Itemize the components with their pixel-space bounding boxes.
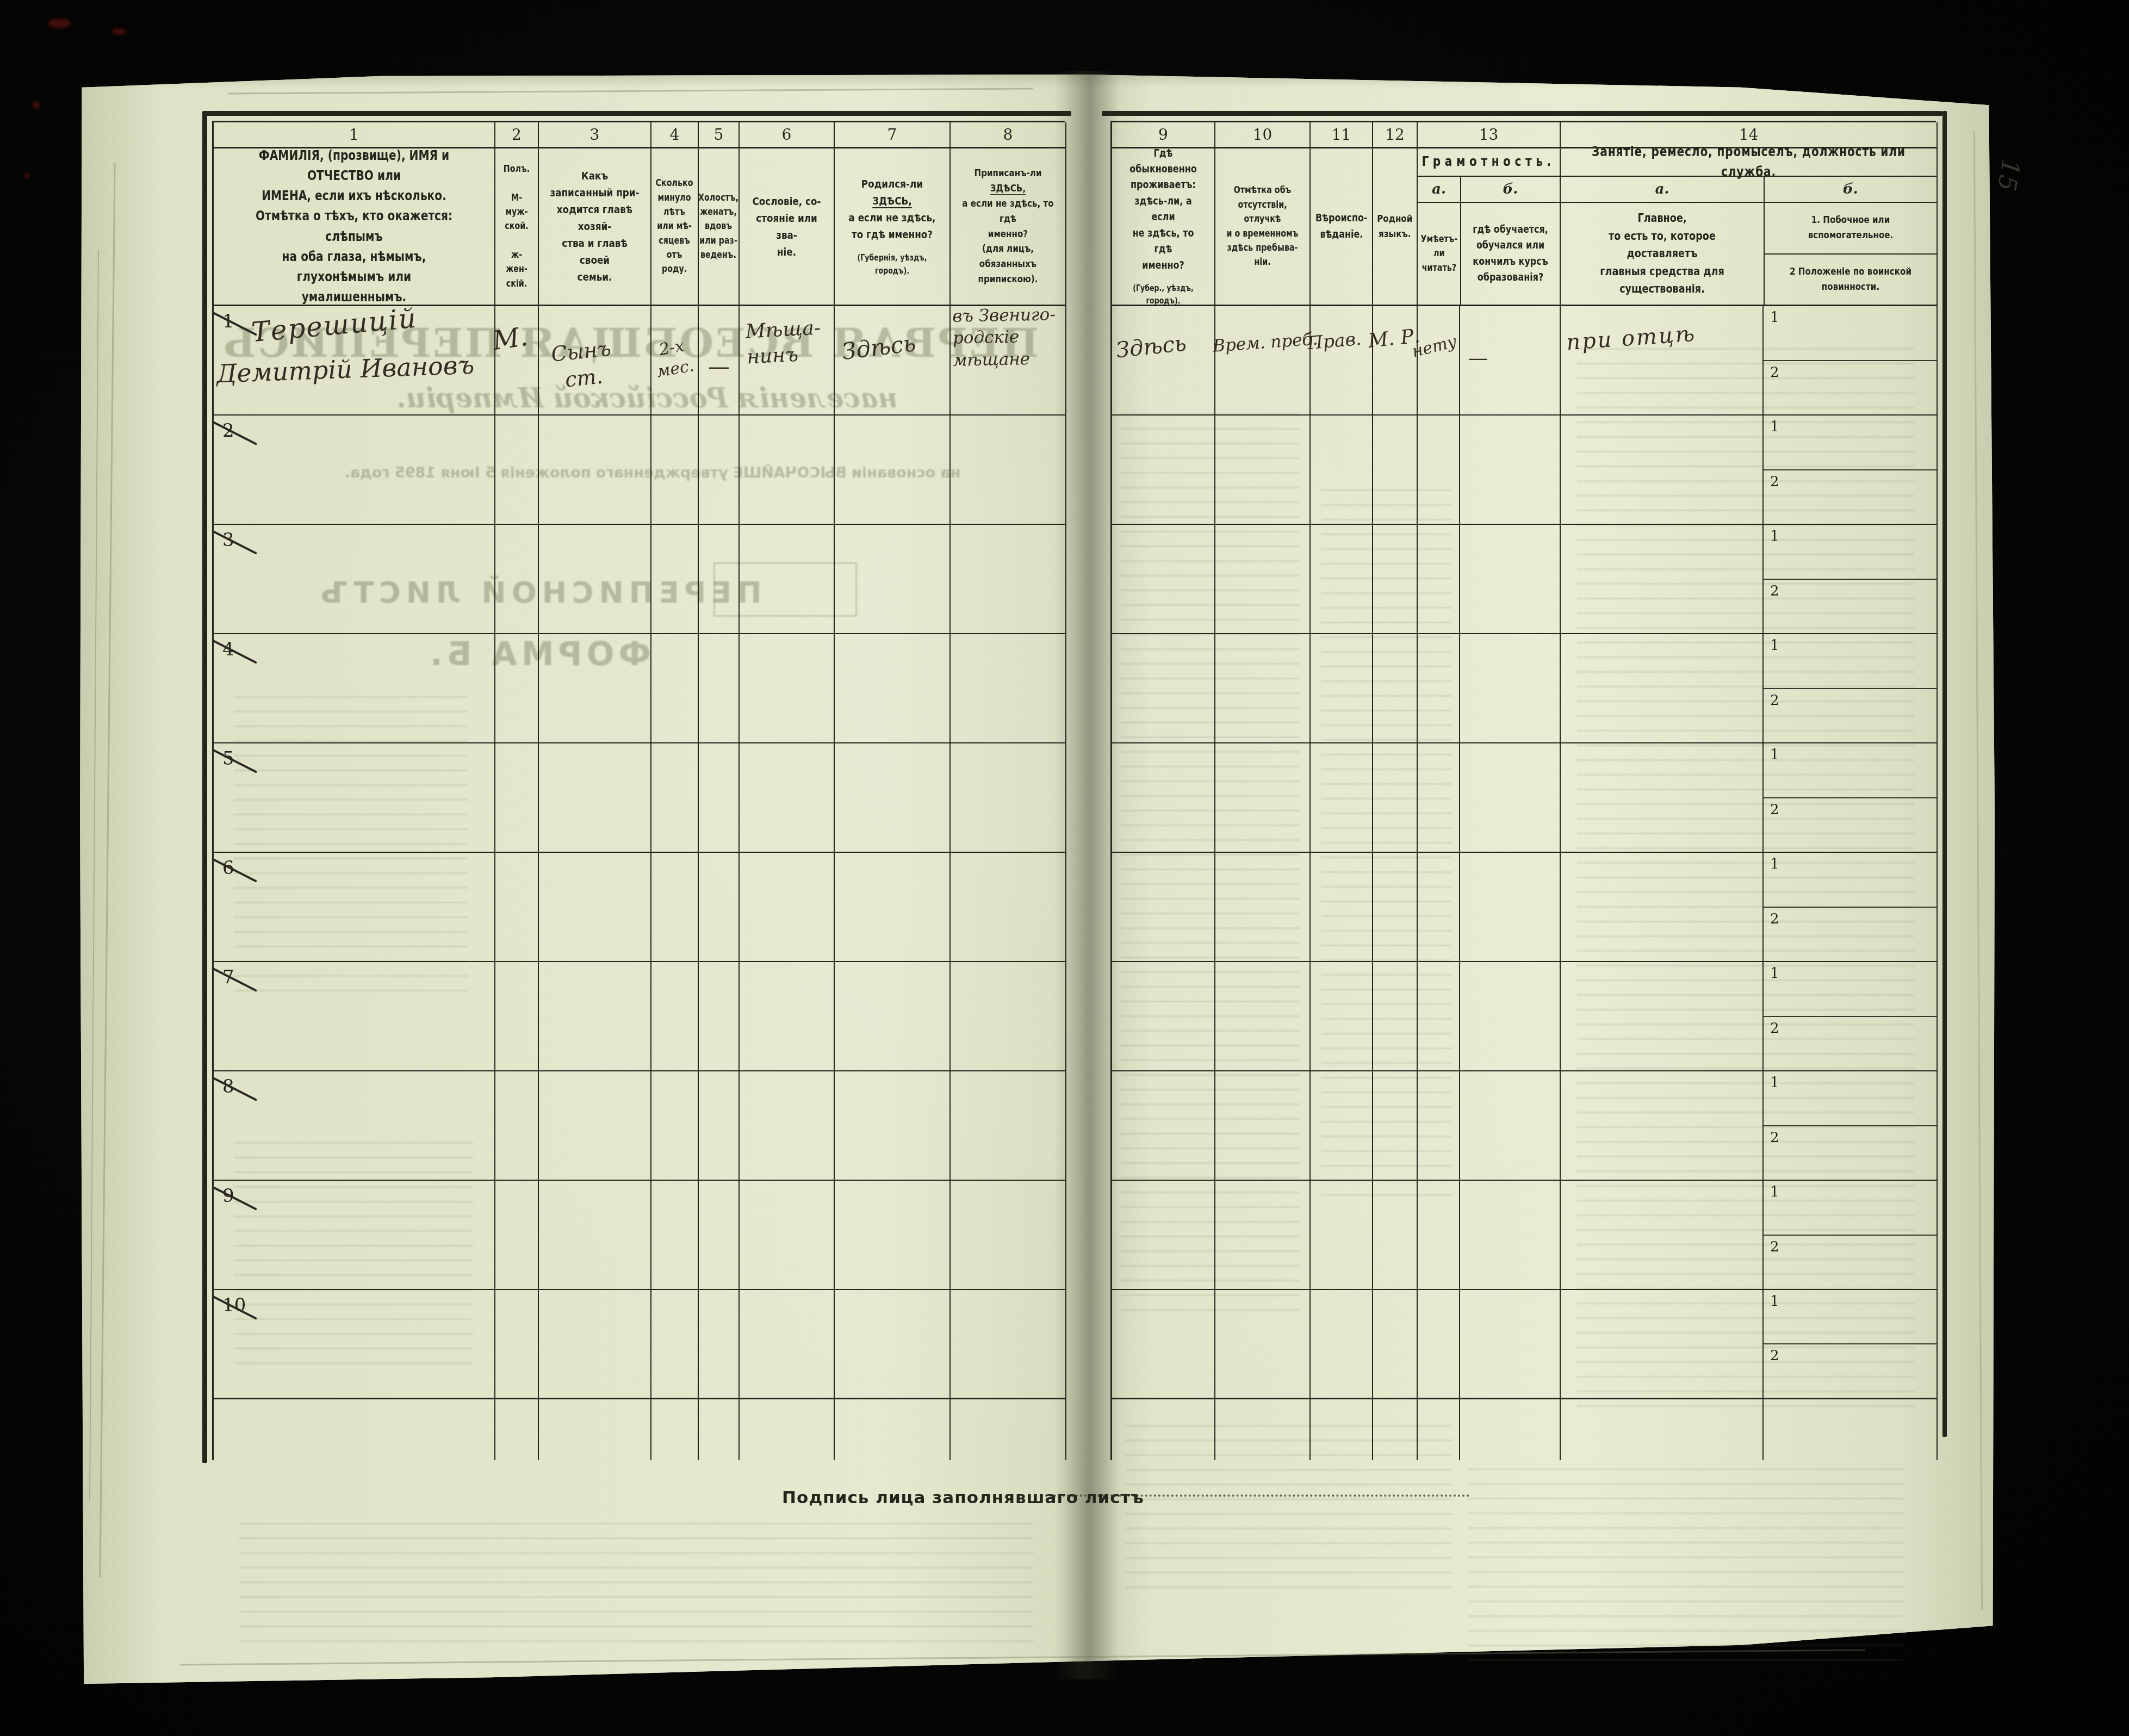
heavy-rule-right: [1942, 111, 1947, 1437]
row-number-cell: 10: [214, 1290, 495, 1399]
empty-cell: [740, 853, 835, 962]
red-speck: [48, 18, 71, 28]
empty-cell: [1311, 306, 1373, 416]
empty-cell: [1460, 962, 1561, 1071]
column-header-relation: Какъ записанный при- ходится главѣ хозяй…: [539, 148, 651, 306]
rule-overshoot: [951, 1399, 1066, 1460]
column-header-marital: Холостъ, женатъ, вдовъ или раз- веденъ.: [699, 148, 740, 306]
empty-cell: [1215, 525, 1311, 634]
row-number-cell: 4: [214, 634, 495, 743]
empty-cell: [539, 853, 651, 962]
col-number-13: 13: [1418, 122, 1561, 148]
empty-cell: [1418, 743, 1460, 853]
subrow-2: 2: [1764, 580, 1936, 634]
empty-cell: [1418, 1290, 1460, 1399]
occupation-subrow-cell: 12: [1764, 1181, 1938, 1290]
subrow-2: 2: [1764, 1017, 1936, 1071]
empty-cell: [1215, 306, 1311, 416]
empty-cell: [740, 1071, 835, 1181]
empty-cell: [1561, 525, 1764, 634]
literacy-sublabels: а. б.: [1418, 177, 1560, 203]
handwriting-estate: Мѣща- нинъ: [745, 315, 823, 370]
occupation-subrow-cell: 12: [1764, 634, 1938, 743]
empty-cell: [495, 853, 539, 962]
col-number-11: 11: [1311, 122, 1373, 148]
occupation-subrow-cell: 12: [1764, 1071, 1938, 1181]
strike-mark: [212, 1076, 257, 1101]
occupation-subrow-cell: 12: [1764, 416, 1938, 525]
empty-cell: [1373, 306, 1418, 416]
handwriting-page-number: 15: [1990, 157, 2027, 193]
empty-cell: [1418, 306, 1460, 416]
empty-cell: [835, 525, 951, 634]
empty-cell: [1311, 853, 1373, 962]
empty-cell: [1373, 634, 1418, 743]
rule-overshoot: [214, 1399, 495, 1460]
subrow-2: 2: [1764, 689, 1936, 743]
empty-cell: [740, 1290, 835, 1399]
empty-cell: [1112, 525, 1215, 634]
heavy-rule-top: [1102, 111, 1942, 116]
subrow-2: 2: [1764, 1344, 1936, 1398]
empty-cell: [740, 1181, 835, 1290]
empty-cell: [495, 1071, 539, 1181]
occupation-subrow-cell: 12: [1764, 853, 1938, 962]
header-line: Родился-ли ЗДѢСЬ,: [846, 176, 939, 209]
occupation-subrow-cell: 12: [1764, 306, 1938, 416]
empty-cell: [1311, 1071, 1373, 1181]
col-number-6: 6: [740, 122, 835, 148]
handwriting-education: —: [1468, 346, 1488, 371]
column-header-language: Родной языкъ.: [1373, 148, 1418, 306]
empty-cell: [651, 962, 699, 1071]
empty-cell: [1112, 1181, 1215, 1290]
rule-overshoot: [1764, 1399, 1938, 1460]
occupation-title: Занятіе, ремесло, промыселъ, должность и…: [1561, 148, 1936, 177]
strike-mark: [212, 639, 257, 664]
subrow-1: 1: [1764, 743, 1936, 798]
empty-cell: [651, 853, 699, 962]
strike-mark: [212, 858, 257, 882]
empty-cell: [699, 1181, 740, 1290]
strike-mark: [212, 1186, 257, 1210]
empty-cell: [1460, 525, 1561, 634]
literacy-b-text: гдѣ обучается, обучался или кончилъ курс…: [1461, 203, 1560, 305]
empty-cell: [951, 1181, 1066, 1290]
empty-cell: [1215, 416, 1311, 525]
subrow-1: 1: [1764, 1290, 1936, 1344]
col-number-2: 2: [495, 122, 539, 148]
empty-cell: [699, 1071, 740, 1181]
handwriting-relation: Сынъ ст.: [550, 336, 615, 395]
occupation-b2-text: 2 Положеніе по воинской повинности.: [1765, 255, 1936, 305]
empty-cell: [835, 962, 951, 1071]
empty-cell: [539, 1290, 651, 1399]
occupation-b1-text: 1. Побочное или вспомогательное.: [1765, 203, 1936, 255]
strike-mark: [212, 530, 257, 554]
ghost-paragraph: [1468, 1468, 1903, 1664]
column-header-absence: Отмѣтка объ отсутствіи, отлучкѣ и о врем…: [1215, 148, 1311, 306]
empty-cell: [651, 743, 699, 853]
empty-cell: [1561, 1181, 1764, 1290]
empty-cell: [699, 634, 740, 743]
empty-cell: [835, 1181, 951, 1290]
empty-cell: [1373, 962, 1418, 1071]
empty-cell: [1373, 416, 1418, 525]
handwriting-religion: Прав.: [1306, 327, 1362, 355]
empty-cell: [740, 525, 835, 634]
empty-cell: [699, 962, 740, 1071]
red-speck: [112, 28, 126, 35]
signature-dotted-line: [1041, 1495, 1469, 1497]
empty-cell: [539, 634, 651, 743]
rule-overshoot: [1561, 1399, 1764, 1460]
census-form-photo: ПЕРВАЯ ВСЕОБЩАЯ ПЕРЕПИСЬ населенія Россі…: [0, 0, 2129, 1736]
rule-overshoot: [1215, 1399, 1311, 1460]
empty-cell: [1215, 1071, 1311, 1181]
column-header-birthplace: Родился-ли ЗДѢСЬ, а если не здѣсь, то гд…: [835, 148, 951, 306]
empty-cell: [1561, 853, 1764, 962]
empty-cell: [951, 525, 1066, 634]
rule-overshoot: [835, 1399, 951, 1460]
right-page-table: 9 10 11 12 13 14 Гдѣ обыкновенно прожива…: [1110, 121, 1936, 1460]
empty-cell: [951, 853, 1066, 962]
subrow-2: 2: [1764, 908, 1936, 962]
column-header-name: ФАМИЛІЯ, (прозвище), ИМЯ и ОТЧЕСТВО или …: [214, 148, 495, 306]
empty-cell: [1311, 1290, 1373, 1399]
red-speck: [33, 101, 40, 109]
col-number-10: 10: [1215, 122, 1311, 148]
col-number-7: 7: [835, 122, 951, 148]
empty-cell: [1311, 962, 1373, 1071]
empty-cell: [1561, 416, 1764, 525]
occupation-subrow-cell: 12: [1764, 743, 1938, 853]
col-number-12: 12: [1373, 122, 1418, 148]
empty-cell: [951, 743, 1066, 853]
empty-cell: [1215, 634, 1311, 743]
empty-cell: [699, 525, 740, 634]
empty-cell: [1418, 525, 1460, 634]
empty-cell: [1311, 525, 1373, 634]
empty-cell: [651, 1071, 699, 1181]
empty-cell: [951, 1290, 1066, 1399]
empty-cell: [1373, 853, 1418, 962]
empty-cell: [740, 743, 835, 853]
empty-cell: [699, 1290, 740, 1399]
occupation-b-texts: 1. Побочное или вспомогательное. 2 Полож…: [1765, 203, 1936, 305]
empty-cell: [1561, 1290, 1764, 1399]
empty-cell: [539, 1071, 651, 1181]
empty-cell: [835, 634, 951, 743]
subrow-2: 2: [1764, 470, 1936, 524]
empty-cell: [495, 743, 539, 853]
empty-cell: [1460, 1181, 1561, 1290]
rule-overshoot: [1311, 1399, 1373, 1460]
empty-cell: [835, 743, 951, 853]
empty-cell: [835, 853, 951, 962]
empty-cell: [651, 1181, 699, 1290]
empty-cell: [539, 743, 651, 853]
empty-cell: [1112, 853, 1215, 962]
row-number-cell: 3: [214, 525, 495, 634]
column-header-registration: Приписанъ-ли ЗДѢСЬ, а если не здѣсь, то …: [951, 148, 1066, 306]
subrow-1: 1: [1764, 306, 1936, 361]
empty-cell: [951, 1071, 1066, 1181]
empty-cell: [1460, 1071, 1561, 1181]
sublabel-a: а.: [1418, 177, 1461, 202]
column-header-literacy: Грамотность. а. б. Умѣетъ- ли читать? гд…: [1418, 148, 1561, 306]
empty-cell: [699, 416, 740, 525]
col-number-5: 5: [699, 122, 740, 148]
literacy-a-text: Умѣетъ- ли читать?: [1418, 203, 1461, 305]
empty-cell: [1418, 962, 1460, 1071]
empty-cell: [495, 962, 539, 1071]
strike-mark: [212, 420, 257, 445]
empty-cell: [495, 1290, 539, 1399]
empty-cell: [1418, 634, 1460, 743]
strike-mark: [212, 967, 257, 991]
empty-cell: [651, 634, 699, 743]
subrow-2: 2: [1764, 1236, 1936, 1289]
occupation-a-text: Главное, то есть то, которое доставляетъ…: [1561, 203, 1765, 305]
empty-cell: [651, 416, 699, 525]
subrow-1: 1: [1764, 525, 1936, 580]
signature-label: Подпись лица заполнявшаго листъ: [782, 1488, 1144, 1508]
literacy-title: Грамотность.: [1418, 148, 1560, 177]
rule-overshoot: [539, 1399, 651, 1460]
empty-cell: [1460, 416, 1561, 525]
empty-cell: [1112, 1290, 1215, 1399]
empty-cell: [1112, 634, 1215, 743]
red-speck: [24, 173, 29, 178]
empty-cell: [1561, 962, 1764, 1071]
rule-overshoot: [651, 1399, 699, 1460]
empty-cell: [740, 634, 835, 743]
column-header-sex: Полъ. М-муж- ской. ж-жен- скій.: [495, 148, 539, 306]
handwriting-age: 2-х мес.: [651, 334, 696, 383]
empty-cell: [1460, 743, 1561, 853]
rule-overshoot: [1112, 1399, 1215, 1460]
empty-cell: [951, 634, 1066, 743]
empty-cell: [951, 416, 1066, 525]
occupation-subrow-cell: 12: [1764, 962, 1938, 1071]
empty-cell: [951, 962, 1066, 1071]
rule-overshoot: [1460, 1399, 1561, 1460]
column-header-occupation: Занятіе, ремесло, промыселъ, должность и…: [1561, 148, 1938, 306]
empty-cell: [1373, 1181, 1418, 1290]
empty-cell: [495, 634, 539, 743]
rule-overshoot: [1373, 1399, 1418, 1460]
empty-cell: [1373, 1071, 1418, 1181]
empty-cell: [1112, 1071, 1215, 1181]
subrow-2: 2: [1764, 798, 1936, 852]
column-header-residence: Гдѣ обыкновенно проживаетъ: здѣсь-ли, а …: [1112, 148, 1215, 306]
empty-cell: [1418, 1071, 1460, 1181]
rule-overshoot: [495, 1399, 539, 1460]
handwriting-registration: въ Звениго- родскіе мѣщане: [952, 303, 1057, 371]
occupation-texts: Главное, то есть то, которое доставляетъ…: [1561, 203, 1936, 305]
empty-cell: [835, 416, 951, 525]
empty-cell: [699, 853, 740, 962]
subrow-1: 1: [1764, 1181, 1936, 1236]
ghost-paragraph: [239, 1523, 1033, 1653]
subrow-2: 2: [1764, 1126, 1936, 1180]
empty-cell: [740, 416, 835, 525]
empty-cell: [699, 743, 740, 853]
heavy-rule-left: [202, 111, 207, 1463]
heavy-rule-top: [203, 111, 1071, 116]
empty-cell: [1215, 1181, 1311, 1290]
row-number-cell: 2: [214, 416, 495, 525]
handwriting-sex: М.: [491, 320, 530, 358]
empty-cell: [1418, 853, 1460, 962]
col-number-3: 3: [539, 122, 651, 148]
empty-cell: [1215, 962, 1311, 1071]
empty-cell: [1418, 1181, 1460, 1290]
empty-cell: [1215, 1290, 1311, 1399]
empty-cell: [835, 1071, 951, 1181]
column-header-age: Сколько минуло лѣтъ или мѣ- сяцевъ отъ р…: [651, 148, 699, 306]
empty-cell: [495, 416, 539, 525]
empty-cell: [1460, 853, 1561, 962]
empty-cell: [1112, 962, 1215, 1071]
rule-overshoot: [740, 1399, 835, 1460]
col-number-9: 9: [1112, 122, 1215, 148]
subrow-1: 1: [1764, 634, 1936, 689]
empty-cell: [1112, 743, 1215, 853]
empty-cell: [651, 1290, 699, 1399]
sublabel-b: б.: [1461, 177, 1560, 202]
col-number-1: 1: [214, 122, 495, 148]
rule-overshoot: [699, 1399, 740, 1460]
subrow-2: 2: [1764, 361, 1936, 415]
empty-cell: [1373, 743, 1418, 853]
empty-cell: [1460, 1290, 1561, 1399]
column-header-religion: Вѣроиспо- вѣданіе.: [1311, 148, 1373, 306]
empty-cell: [495, 525, 539, 634]
empty-cell: [1561, 1071, 1764, 1181]
header-line: Приписанъ-ли ЗДѢСЬ,: [961, 166, 1054, 196]
empty-cell: [651, 525, 699, 634]
empty-cell: [1311, 743, 1373, 853]
empty-cell: [1311, 416, 1373, 525]
subrow-1: 1: [1764, 853, 1936, 908]
empty-cell: [539, 416, 651, 525]
empty-cell: [539, 1181, 651, 1290]
empty-cell: [1112, 416, 1215, 525]
strike-mark: [212, 748, 257, 773]
subrow-1: 1: [1764, 962, 1936, 1017]
row-number-cell: 7: [214, 962, 495, 1071]
literacy-texts: Умѣетъ- ли читать? гдѣ обучается, обучал…: [1418, 203, 1560, 305]
empty-cell: [1373, 1290, 1418, 1399]
subrow-1: 1: [1764, 416, 1936, 470]
column-header-estate: Сословіе, со- стояніе или зва- ніе.: [740, 148, 835, 306]
row-number-cell: 6: [214, 853, 495, 962]
empty-cell: [539, 525, 651, 634]
empty-cell: [1460, 634, 1561, 743]
empty-cell: [740, 962, 835, 1071]
row-number-cell: 5: [214, 743, 495, 853]
occupation-subrow-cell: 12: [1764, 525, 1938, 634]
empty-cell: [539, 962, 651, 1071]
col-number-4: 4: [651, 122, 699, 148]
empty-cell: [1311, 1181, 1373, 1290]
empty-cell: [1561, 634, 1764, 743]
empty-cell: [1373, 525, 1418, 634]
empty-cell: [1311, 634, 1373, 743]
empty-cell: [1418, 416, 1460, 525]
empty-cell: [835, 1290, 951, 1399]
occupation-subrow-cell: 12: [1764, 1290, 1938, 1399]
empty-cell: [1561, 743, 1764, 853]
empty-cell: [1215, 743, 1311, 853]
handwriting-marital: —: [708, 352, 730, 381]
subrow-1: 1: [1764, 1071, 1936, 1126]
rule-overshoot: [1418, 1399, 1460, 1460]
empty-cell: [495, 1181, 539, 1290]
empty-cell: [1215, 853, 1311, 962]
col-number-8: 8: [951, 122, 1066, 148]
row-number-cell: 9: [214, 1181, 495, 1290]
row-number-cell: 8: [214, 1071, 495, 1181]
